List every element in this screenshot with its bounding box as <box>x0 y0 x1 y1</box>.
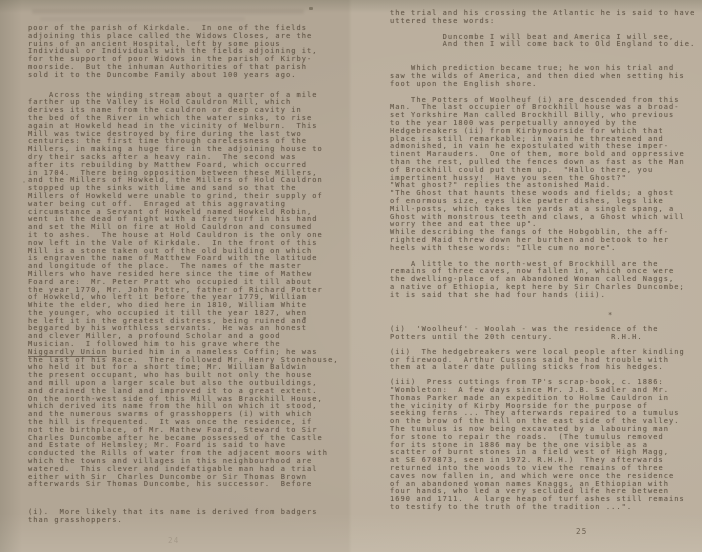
verse-couplet: Duncombe I will beat and America I will … <box>390 34 700 50</box>
footnote-separator-asterisk: * <box>390 312 700 320</box>
right-paragraph-1: the trial and his crossing the Atlantic … <box>390 10 700 26</box>
left-page-number: 24 <box>168 536 179 545</box>
scan-speck <box>309 7 313 10</box>
left-paragraph-2-text: buried him in a nameless Coffin; he was … <box>28 348 339 489</box>
left-paragraph-2: Across the winding stream about a quarte… <box>28 92 340 490</box>
right-footnote-i: (i) 'Woolheuf' - Woolah - was the reside… <box>390 326 700 342</box>
right-footnote-iii: (iii) Press cuttings from TP's scrap-boo… <box>390 379 700 512</box>
right-paragraph-3: The Potters of Woolheuf (i) are descende… <box>390 97 700 253</box>
left-page: poor of the parish of Kirkdale. In one o… <box>28 25 340 545</box>
right-page: the trial and his crossing the Atlantic … <box>390 10 700 550</box>
left-footnote-i: (i). More likely that its name is derive… <box>28 509 340 525</box>
ghost-text-smudge <box>32 9 304 14</box>
ghost-text-smudge <box>40 17 245 21</box>
right-footnote-ii: (ii) The hedgebreakers were local people… <box>390 349 700 372</box>
scan-speck <box>23 181 25 183</box>
right-paragraph-2: Which prediction became true; he won his… <box>390 65 700 88</box>
right-paragraph-4: A little to the north-west of Brockhill … <box>390 261 700 300</box>
book-scan: poor of the parish of Kirkdale. In one o… <box>0 0 702 552</box>
left-paragraph-1: poor of the parish of Kirkdale. In one o… <box>28 25 340 80</box>
left-paragraph-2-text: Across the winding stream about a quarte… <box>28 91 323 349</box>
right-page-number: 25 <box>576 527 587 536</box>
